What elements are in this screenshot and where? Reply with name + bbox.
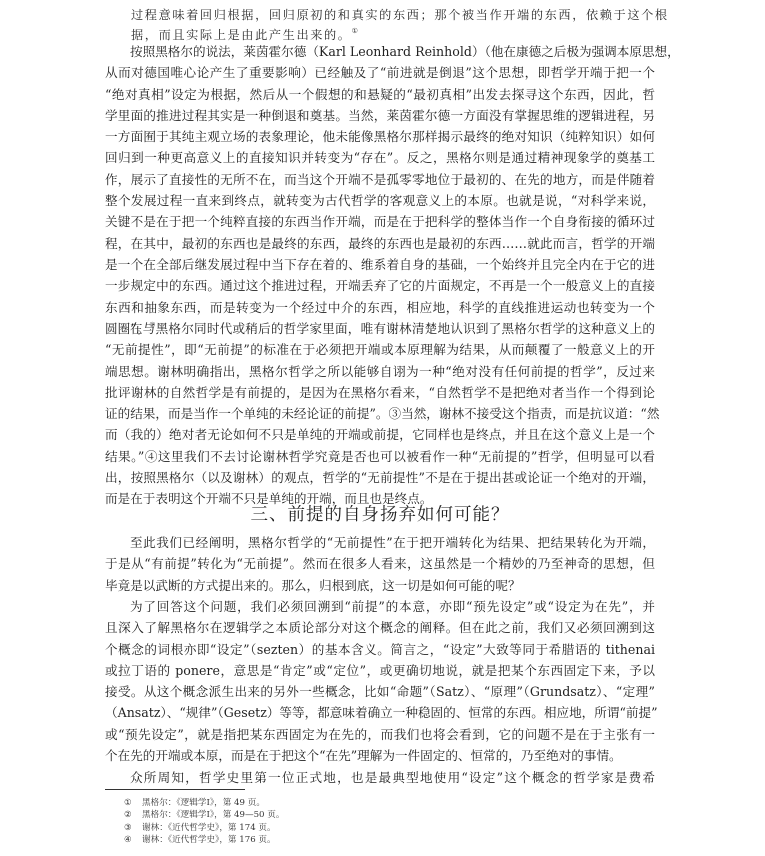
footnote-divider <box>105 789 245 790</box>
text-line: 于是从“有前提”转化为“无前提”。然而在很多人看来，这虽然是一个精妙的乃至神奇的… <box>105 553 655 574</box>
footnote-number: ② <box>124 809 142 821</box>
text-line: 接受。从这个概念派生出来的另外一些概念，比如“命题”（Satz）、“原理”（Gr… <box>105 681 655 702</box>
quote-line: 过程意味着回归根据，回归原初的和真实的东西；那个被当作开端的东西，依赖于这个根 <box>131 5 631 25</box>
text-line: 作，展示了直接性的无所不在，而当这个开端不是孤零零地位于最初的、在先的地方，而是… <box>105 169 655 190</box>
footnote: ④谢林：《近代哲学史》，第 176 页。 <box>124 834 284 846</box>
text-line: 个概念的词根亦即“设定”（sezten）的基本含义。简言之，“设定”大致等同于希… <box>105 639 655 660</box>
text-line: 或拉丁语的 ponere，意思是“肯定”或“定位”，或更确切地说，就是把某个东西… <box>105 660 655 681</box>
footnote-text: 黑格尔：《逻辑学I》，第 49—50 页。 <box>142 810 284 820</box>
paragraph: 在与黑格尔同时代或稍后的哲学家里面，唯有谢林清楚地认识到了黑格尔哲学的这种意义上… <box>105 318 655 510</box>
text-line: 东西和抽象东西，而是转变为一个经过中介的东西，相应地，科学的直线推进运动也转变为… <box>105 297 655 318</box>
paragraph: 至此我们已经阐明，黑格尔哲学的“无前提性”在于把开端转化为结果、把结果转化为开端… <box>105 532 655 596</box>
footnote-ref[interactable]: ① <box>352 27 360 35</box>
footnote-text: 谢林：《近代哲学史》，第 174 页。 <box>142 823 276 833</box>
text-line: 结果。”④这里我们不去讨论谢林哲学究竟是否也可以被看作一种“无前提的”哲学，但明… <box>105 446 655 467</box>
text-line: 学里面的推进过程其实是一种倒退和奠基。当然，莱茵霍尔德一方面没有掌握思维的逻辑进… <box>105 105 655 126</box>
footnote: ②黑格尔：《逻辑学I》，第 49—50 页。 <box>124 809 284 821</box>
text-line: 一步规定中的东西。通过这个推进过程，开端丢弃了它的片面规定，不再是一个一般意义上… <box>105 275 655 296</box>
text-line: 关键不是在于把一个纯粹直接的东西当作开端，而是在于把科学的整体当作一个自身衔接的… <box>105 211 655 232</box>
text-line: 且深入了解黑格尔在逻辑学之本质论部分对这个概念的阐释。但在此之前，我们又必须回溯… <box>105 617 655 638</box>
text-line: 在与黑格尔同时代或稍后的哲学家里面，唯有谢林清楚地认识到了黑格尔哲学的这种意义上… <box>105 318 655 339</box>
text-line: “无前提性”，即“无前提”的标准在于必须把开端或本原理解为结果，从而颠覆了一般意… <box>105 339 655 360</box>
footnote-number: ③ <box>124 822 142 834</box>
footnote-number: ④ <box>124 834 142 846</box>
text-line: 端思想。谢林明确指出，黑格尔哲学之所以能够自诩为一种“绝对没有任何前提的哲学”，… <box>105 361 655 382</box>
text-line: 至此我们已经阐明，黑格尔哲学的“无前提性”在于把开端转化为结果、把结果转化为开端… <box>105 532 655 553</box>
paragraph: 按照黑格尔的说法，莱茵霍尔德（Karl Leonhard Reinhold）（他… <box>105 41 655 339</box>
text-line: 为了回答这个问题，我们必须回溯到“前提”的本意，亦即“预先设定”或“设定为在先”… <box>105 596 655 617</box>
text-line: 回归到一种更高意义上的直接知识并转变为“存在”。反之，黑格尔则是通过精神现象学的… <box>105 147 655 168</box>
footnote-text: 谢林：《近代哲学史》，第 176 页。 <box>142 835 276 845</box>
text-line: 众所周知，哲学史里第一位正式地，也是最典型地使用“设定”这个概念的哲学家是费希 <box>105 767 655 788</box>
text-line: 或“预先设定”，就是指把某东西固定为在先的，而我们也将会看到，它的问题不是在于主… <box>105 724 655 745</box>
text-line: 一方面囿于其纯主观立场的表象理论，他未能像黑格尔那样揭示最终的绝对知识（纯粹知识… <box>105 126 655 147</box>
text-line: “绝对真相”设定为根据，然后从一个假想的和悬疑的“最初真相”出发去探寻这个东西，… <box>105 84 655 105</box>
text-line: 证的结果，而是当作一个单纯的未经论证的前提”。③当然，谢林不接受这个指责，而是抗… <box>105 403 655 424</box>
footnote: ③谢林：《近代哲学史》，第 174 页。 <box>124 822 284 834</box>
section-heading: 三、前提的自身扬弃如何可能？ <box>105 500 655 530</box>
text-line: （Ansatz）、“规律”（Gesetz）等等，都意味着确立一种稳固的、恒常的东… <box>105 702 655 723</box>
paragraph: 众所周知，哲学史里第一位正式地，也是最典型地使用“设定”这个概念的哲学家是费希 <box>105 767 655 788</box>
text-line: 按照黑格尔的说法，莱茵霍尔德（Karl Leonhard Reinhold）（他… <box>105 41 655 62</box>
footnote-text: 黑格尔：《逻辑学I》，第 49 页。 <box>142 798 265 808</box>
text-line: 出，按照黑格尔（以及谢林）的观点，哲学的“无前提性”不是在于提出甚或论证一个绝对… <box>105 467 655 488</box>
text-line: 而（我的）绝对者无论如何不只是单纯的开端或前提，它同样也是终点，并且在这个意义上… <box>105 424 655 445</box>
text-line: 是一个在全部后继发展过程中当下存在着的、维系着自身的基础，一个始终并且完全内在于… <box>105 254 655 275</box>
paragraph: 为了回答这个问题，我们必须回溯到“前提”的本意，亦即“预先设定”或“设定为在先”… <box>105 596 655 766</box>
text-line: 从而对德国唯心论产生了重要影响）已经触及了“前进就是倒退”这个思想，即哲学开端于… <box>105 62 655 83</box>
block-quote: 过程意味着回归根据，回归原初的和真实的东西；那个被当作开端的东西，依赖于这个根 … <box>131 5 631 45</box>
footnote: ①黑格尔：《逻辑学I》，第 49 页。 <box>124 797 284 809</box>
text-line: 整个发展过程一直来到终点，就转变为古代哲学的客观意义上的本原。也就是说，“对科学… <box>105 190 655 211</box>
text-line: 个在先的开端或本原，而是在于把这个“在先”理解为一件固定的、恒常的，乃至绝对的事… <box>105 745 655 766</box>
text-line: 程，在其中，最初的东西也是最终的东西，最终的东西也是最初的东西……就此而言，哲学… <box>105 233 655 254</box>
footnote-number: ① <box>124 797 142 809</box>
text-line: 毕竟是以武断的方式提出来的。那么，归根到底，这一切是如何可能的呢？ <box>105 575 655 596</box>
footnotes: ①黑格尔：《逻辑学I》，第 49 页。 ②黑格尔：《逻辑学I》，第 49—50 … <box>124 797 284 847</box>
text-line: 批评谢林的自然哲学是有前提的，是因为在黑格尔看来，“自然哲学不是把绝对者当作一个… <box>105 382 655 403</box>
